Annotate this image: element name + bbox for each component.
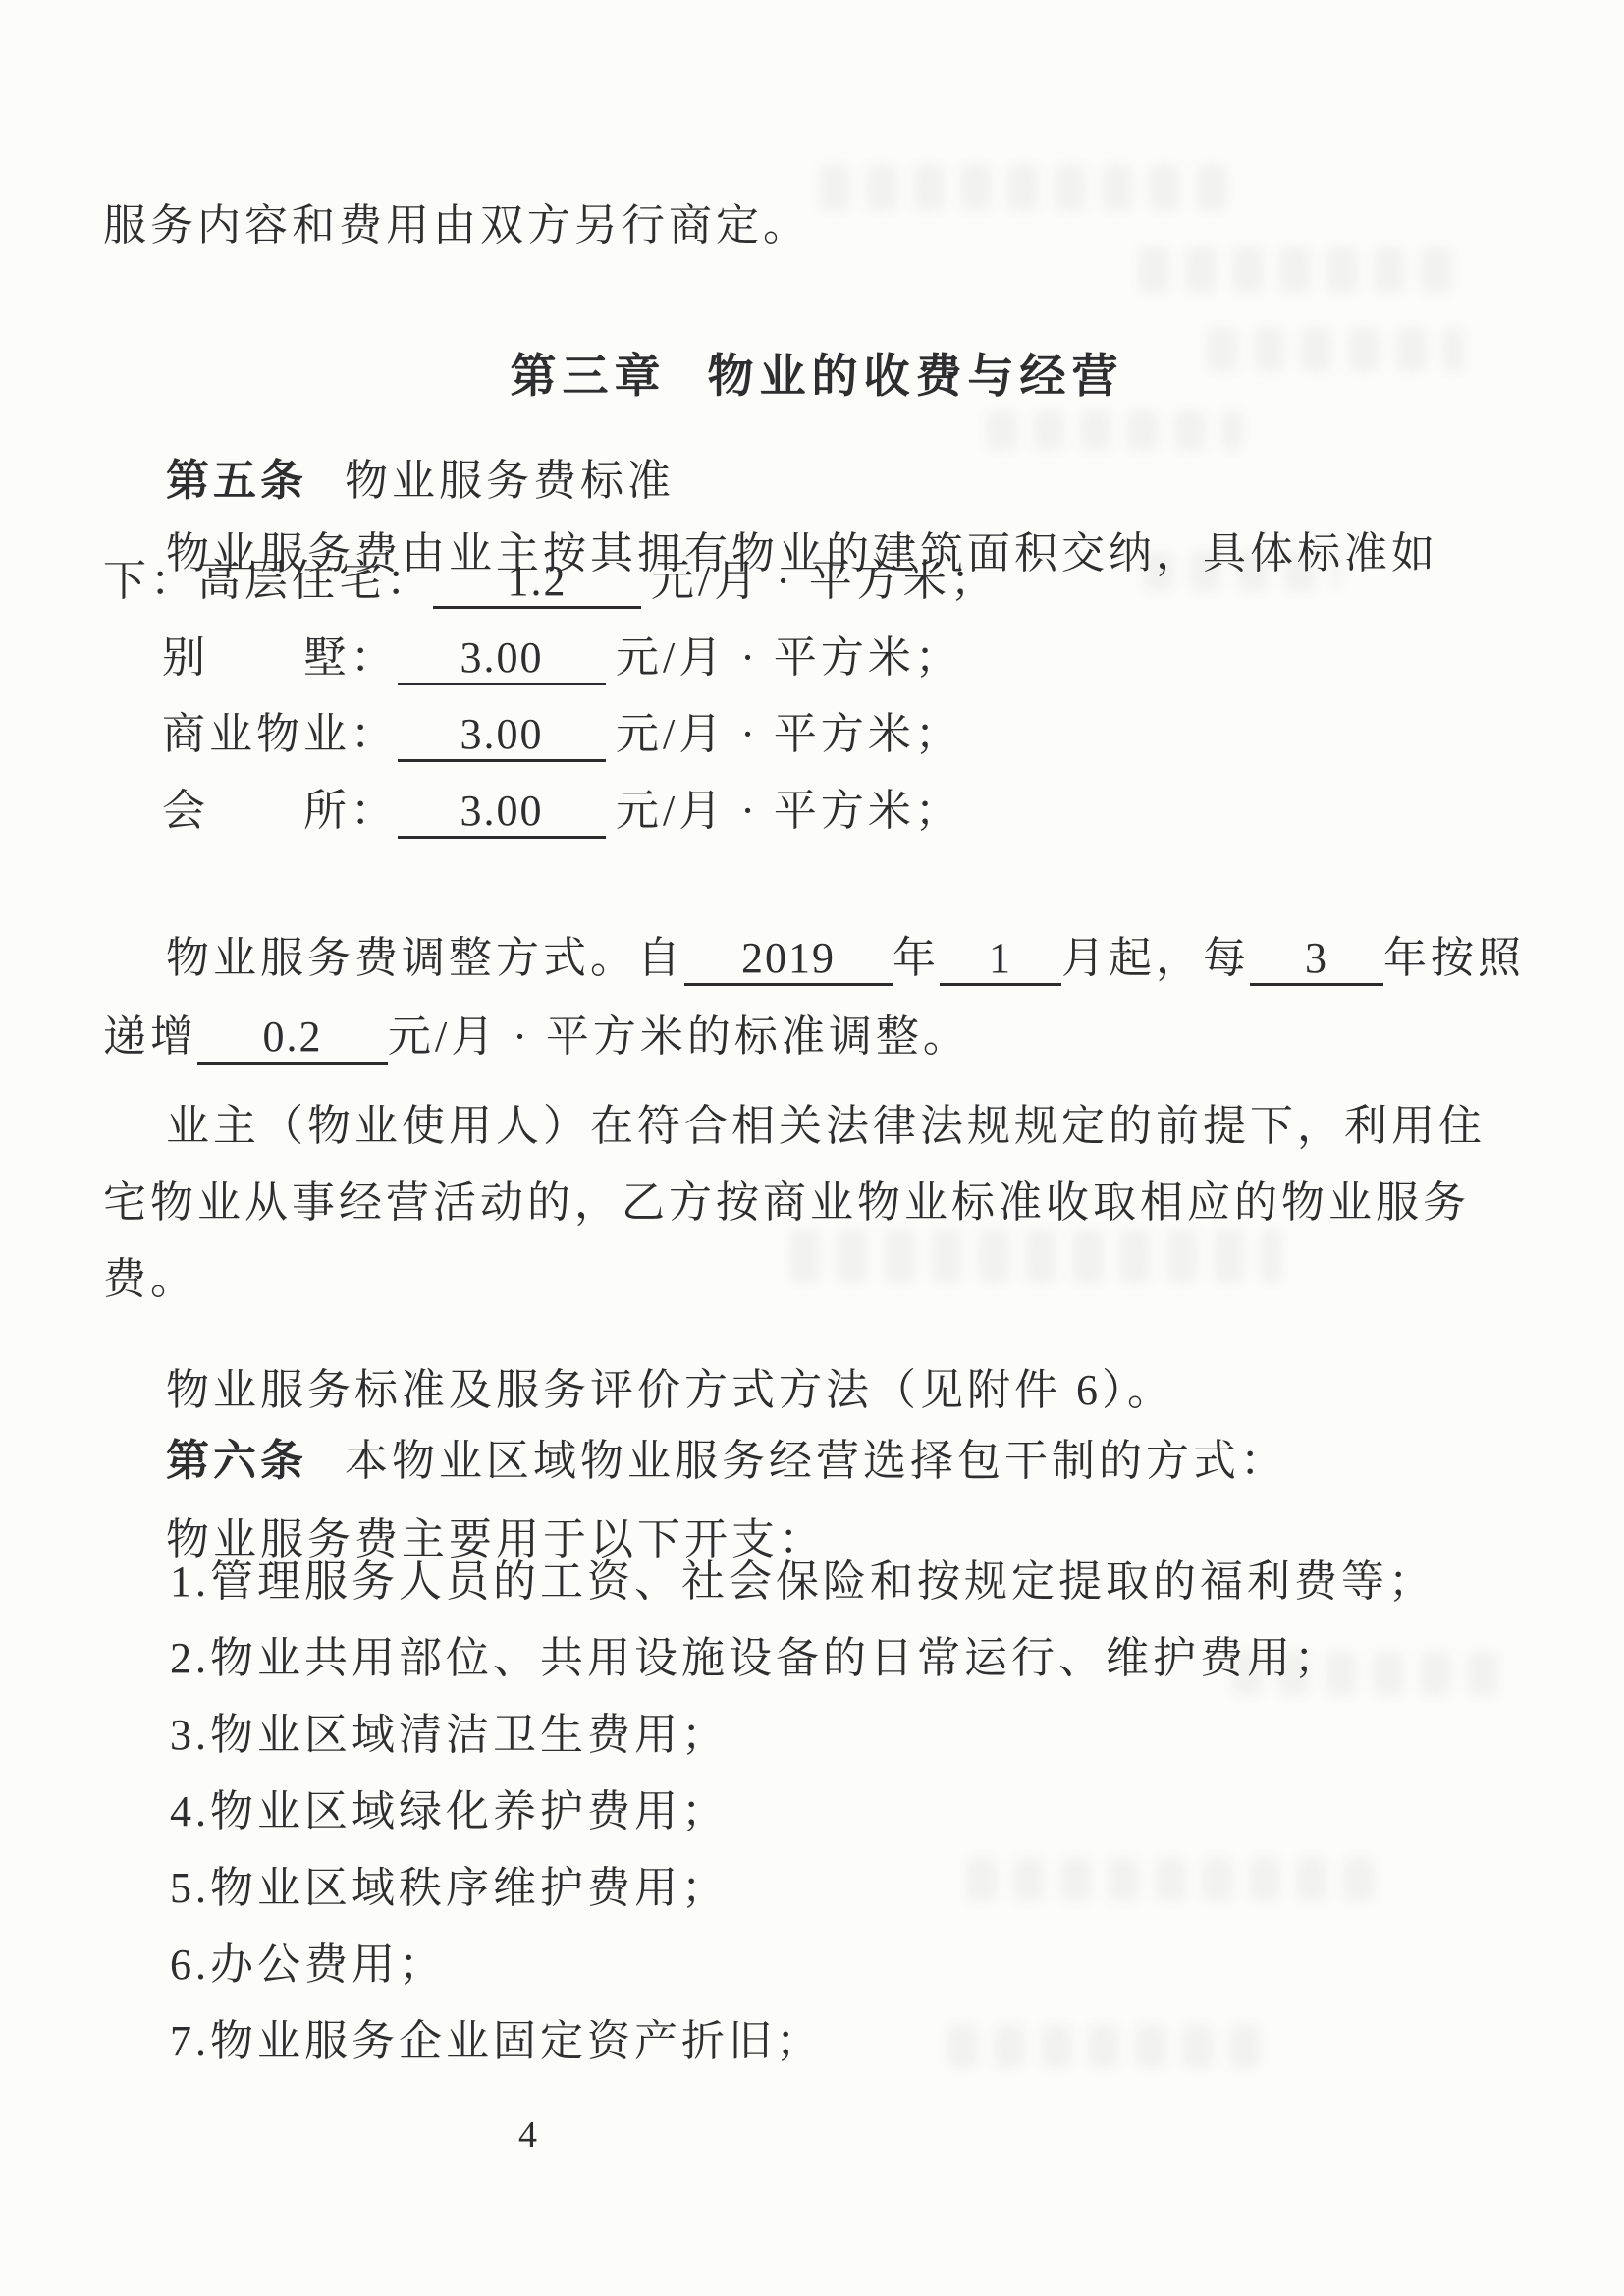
expense-items-list: 1.管理服务人员的工资、社会保险和按规定提取的福利费等； 2.物业共用部位、共用… — [170, 1544, 1435, 2080]
adjustment-interval-value: 3 — [1305, 934, 1328, 982]
expense-item: 1.管理服务人员的工资、社会保险和按规定提取的福利费等； — [170, 1544, 1435, 1620]
fee-adjustment-line-2: 递增0.2元/月 · 平方米的标准调整。 — [103, 1011, 1525, 1090]
fee-amount-value: 3.00 — [460, 633, 544, 682]
fee-adjustment-line-1: 物业服务费调整方式。自2019年1月起，每3年按照 — [103, 933, 1525, 1011]
paragraph-service-content: 服务内容和费用由双方另行商定。 — [103, 200, 810, 251]
owner-paragraph-line: 费。 — [103, 1241, 1486, 1318]
fee-row: 商业物业：3.00元/月 · 平方米； — [162, 709, 1531, 786]
fee-amount-blank: 3.00 — [398, 635, 606, 685]
fee-row-label: 会 所： — [162, 787, 398, 835]
expense-item: 3.物业区域清洁卫生费用； — [170, 1697, 1435, 1774]
adjustment-increment-blank: 0.2 — [197, 1014, 388, 1065]
adjustment-interval-unit: 年按照 — [1383, 934, 1525, 982]
adjustment-month-blank: 1 — [940, 936, 1061, 986]
fee-unit-label: 元/月 · 平方米； — [616, 633, 962, 682]
fee-adjustment-paragraph: 物业服务费调整方式。自2019年1月起，每3年按照 递增0.2元/月 · 平方米… — [103, 933, 1525, 1090]
owner-paragraph-line: 业主（物业使用人）在符合相关法律法规规定的前提下，利用住 — [103, 1088, 1486, 1165]
chapter-number: 第三章 — [511, 352, 667, 403]
owner-paragraph-line: 宅物业从事经营活动的，乙方按商业物业标准收取相应的物业服务 — [103, 1165, 1486, 1241]
fee-row-label: 商业物业： — [162, 710, 398, 758]
fee-unit-label: 元/月 · 平方米； — [616, 710, 962, 758]
fee-row-prefix: 下： — [103, 557, 197, 605]
adjustment-increment-value: 0.2 — [263, 1012, 323, 1061]
adjustment-year-value: 2019 — [741, 934, 836, 982]
fee-amount-value: 1.2 — [508, 557, 568, 605]
fee-row: 会 所：3.00元/月 · 平方米； — [162, 786, 1531, 862]
fee-amount-blank: 3.00 — [398, 789, 606, 839]
fee-row-label: 别 墅： — [162, 633, 398, 682]
expense-item: 4.物业区域绿化养护费用； — [170, 1774, 1435, 1850]
owner-business-paragraph: 业主（物业使用人）在符合相关法律法规规定的前提下，利用住 宅物业从事经营活动的，… — [103, 1088, 1486, 1318]
page-content: 服务内容和费用由双方另行商定。 第三章物业的收费与经营 第五条物业服务费标准 物… — [103, 0, 1531, 2296]
fee-row: 别 墅：3.00元/月 · 平方米； — [162, 632, 1531, 709]
fee-unit-label: 元/月 · 平方米； — [616, 787, 962, 835]
adjustment-month-value: 1 — [989, 934, 1012, 982]
fee-amount-blank: 3.00 — [398, 712, 606, 762]
service-standards-note: 物业服务标准及服务评价方式方法（见附件 6）。 — [166, 1365, 1174, 1416]
article5-title: 物业服务费标准 — [345, 457, 675, 505]
article6-label: 第六条 — [166, 1437, 307, 1485]
scanned-contract-page: 服务内容和费用由双方另行商定。 第三章物业的收费与经营 第五条物业服务费标准 物… — [0, 0, 1624, 2296]
article5-heading: 第五条物业服务费标准 — [166, 456, 675, 507]
article6-title: 本物业区域物业服务经营选择包干制的方式： — [345, 1437, 1287, 1485]
adjustment-year-blank: 2019 — [684, 936, 893, 986]
expense-item: 6.办公费用； — [170, 1927, 1435, 2003]
adjustment-line2-tail: 元/月 · 平方米的标准调整。 — [388, 1012, 970, 1061]
adjustment-lead: 物业服务费调整方式。自 — [166, 934, 684, 982]
fee-amount-blank: 1.2 — [433, 559, 641, 609]
fee-row-label: 高层住宅： — [197, 557, 433, 605]
fee-row: 下：高层住宅：1.2元/月 · 平方米； — [103, 556, 1531, 632]
adjustment-line2-lead: 递增 — [103, 1012, 197, 1061]
fee-amount-value: 3.00 — [460, 710, 544, 758]
adjustment-interval-blank: 3 — [1250, 936, 1383, 986]
adjustment-year-unit: 年 — [893, 934, 940, 982]
fee-schedule: 下：高层住宅：1.2元/月 · 平方米； 别 墅：3.00元/月 · 平方米； … — [103, 556, 1531, 862]
expense-item: 5.物业区域秩序维护费用； — [170, 1850, 1435, 1927]
article6-heading: 第六条本物业区域物业服务经营选择包干制的方式： — [166, 1436, 1287, 1487]
page-number: 4 — [518, 2113, 537, 2157]
expense-item: 7.物业服务企业固定资产折旧； — [170, 2003, 1435, 2080]
article5-label: 第五条 — [166, 457, 307, 505]
chapter-title: 物业的收费与经营 — [708, 352, 1124, 403]
expense-item: 2.物业共用部位、共用设施设备的日常运行、维护费用； — [170, 1620, 1435, 1697]
adjustment-month-unit: 月起，每 — [1061, 934, 1250, 982]
chapter-heading: 第三章物业的收费与经营 — [103, 351, 1531, 405]
fee-amount-value: 3.00 — [460, 787, 544, 835]
fee-unit-label: 元/月 · 平方米； — [651, 557, 998, 605]
